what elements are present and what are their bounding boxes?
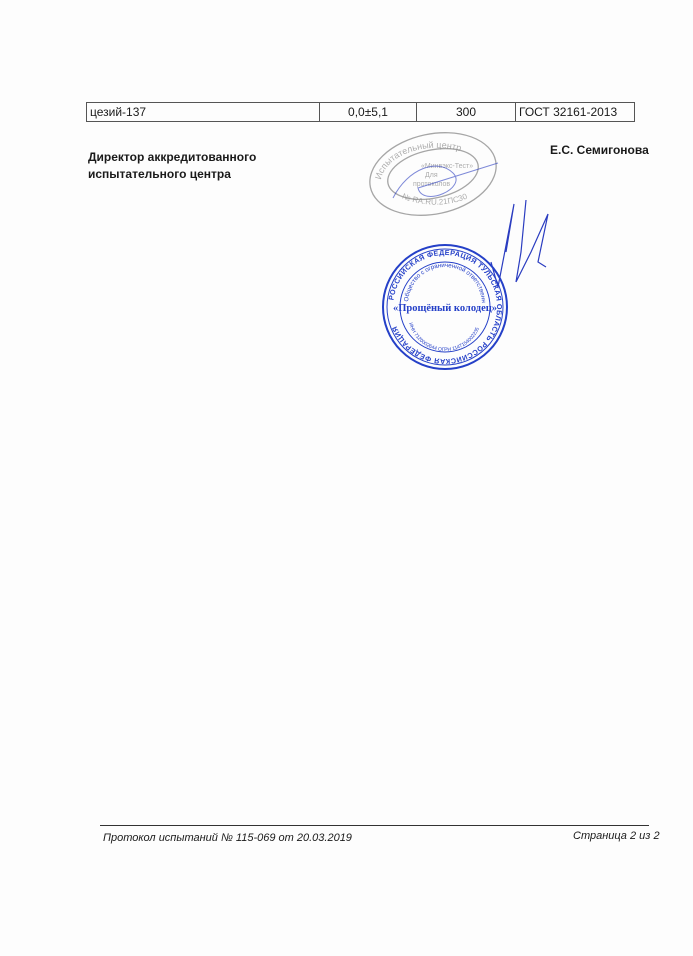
gray-stamp-center-1: Для: [425, 172, 438, 179]
footer-divider: [100, 825, 649, 826]
protocol-reference: Протокол испытаний № 115-069 от 20.03.20…: [103, 832, 352, 844]
result-cell: 0,0±5,1: [320, 103, 417, 122]
gray-stamp-top-text: Испытательный центр: [373, 140, 462, 181]
blue-stamp-bottom-text: ИНН 7120002644 ОГРН 1147154002235: [407, 322, 481, 353]
signer-name: Е.С. Семигонова: [550, 143, 649, 157]
results-table: цезий-137 0,0±5,1 300 ГОСТ 32161-2013: [86, 102, 635, 122]
method-cell: ГОСТ 32161-2013: [516, 103, 635, 122]
table-row: цезий-137 0,0±5,1 300 ГОСТ 32161-2013: [87, 103, 635, 122]
company-stamp-icon: РОССИЙСКАЯ ФЕДЕРАЦИЯ ТУЛЬСКАЯ ОБЛАСТЬ РО…: [380, 242, 510, 372]
document-page: цезий-137 0,0±5,1 300 ГОСТ 32161-2013 Ди…: [0, 0, 693, 956]
lab-stamp-icon: Испытательный центр № RA.RU.21ПС30 «Минв…: [363, 128, 503, 218]
gray-stamp-center-2: протоколов: [413, 181, 450, 188]
svg-text:№ RA.RU.21ПС30: № RA.RU.21ПС30: [401, 192, 469, 207]
svg-text:Испытательный центр: Испытательный центр: [373, 140, 462, 181]
page-number: Страница 2 из 2: [573, 830, 660, 842]
indicator-cell: цезий-137: [87, 103, 320, 122]
director-title-line2: испытательного центра: [88, 166, 256, 183]
director-title-line1: Директор аккредитованного: [88, 149, 256, 166]
gray-stamp-bottom-text: № RA.RU.21ПС30: [401, 192, 469, 207]
director-title: Директор аккредитованного испытательного…: [88, 149, 256, 183]
svg-text:ИНН 7120002644 ОГРН 1147154002: ИНН 7120002644 ОГРН 1147154002235: [407, 322, 481, 353]
blue-stamp-center-text: «Прощёный колодец»: [393, 303, 497, 314]
norm-cell: 300: [417, 103, 516, 122]
